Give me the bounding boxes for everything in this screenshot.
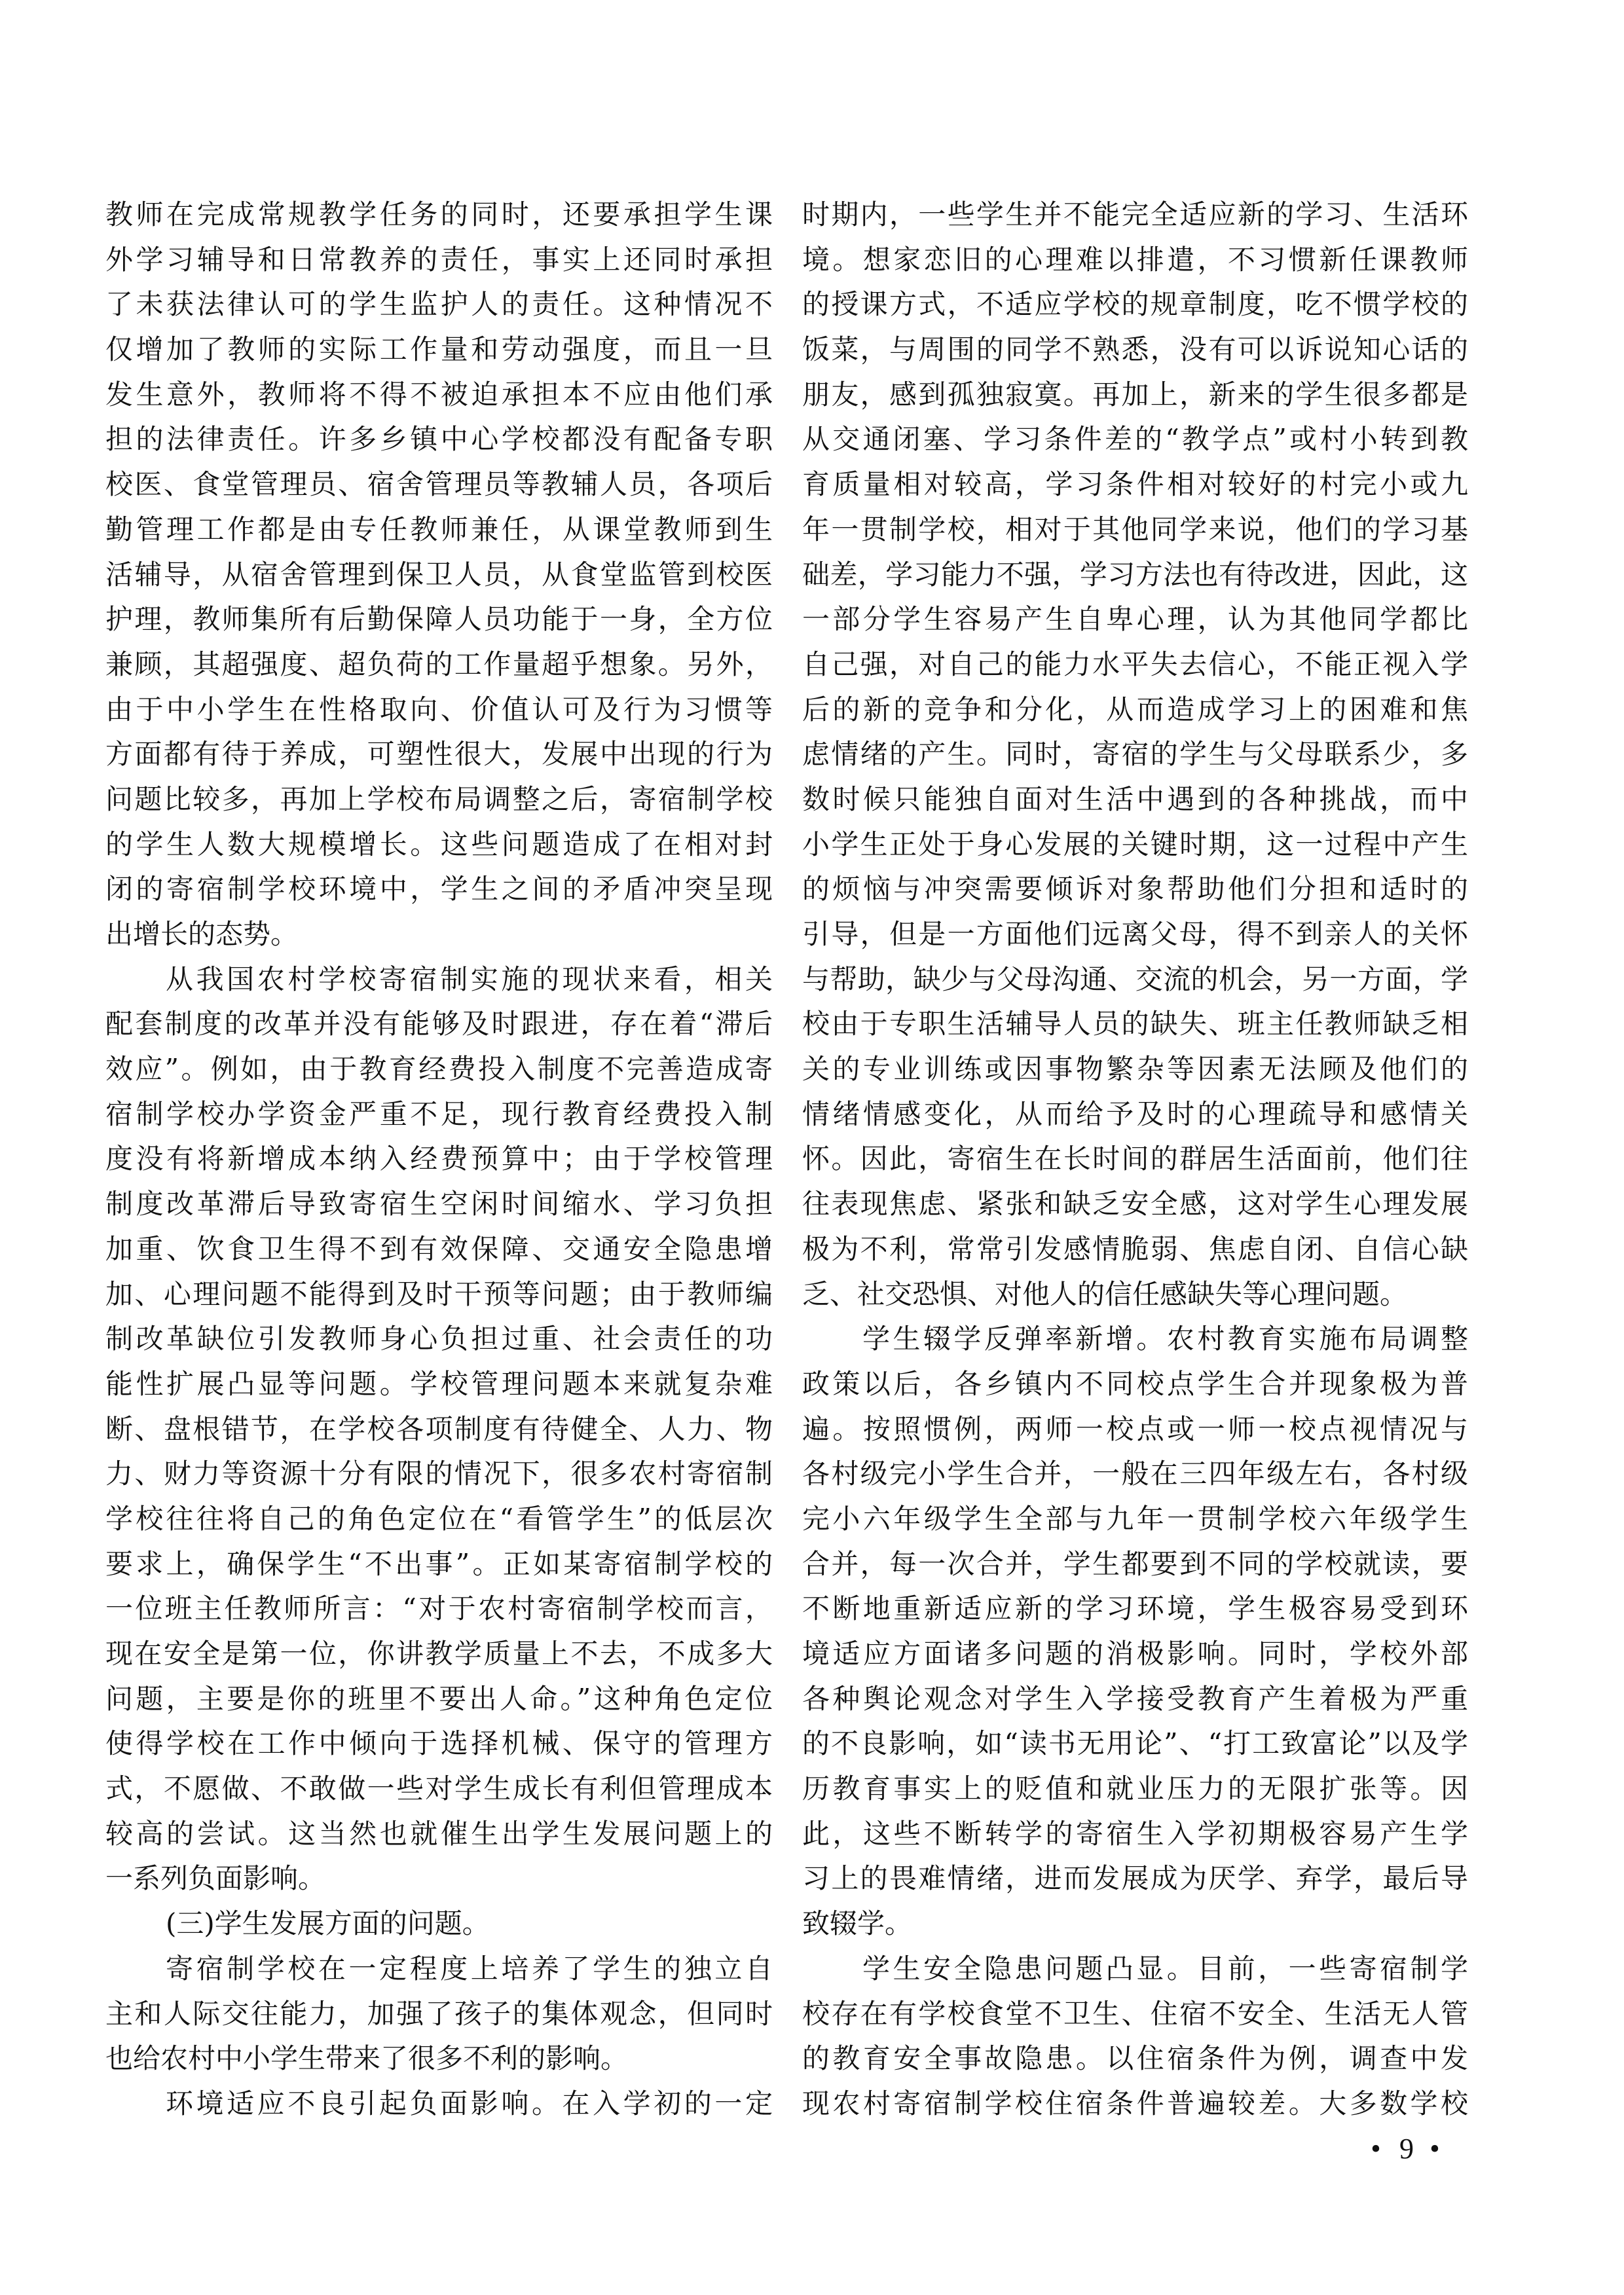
text-line: 怀。因此，寄宿生在长时间的群居生活面前，他们往 [802,1137,1468,1182]
page-number-value: 9 [1397,2133,1416,2165]
text-line: 政策以后，各乡镇内不同校点学生合并现象极为普 [802,1362,1468,1407]
text-line: 宿制学校办学资金严重不足，现行教育经费投入制 [105,1092,773,1137]
text-line: 现在安全是第一位，你讲教学质量上不去，不成多大 [105,1632,773,1677]
text-line: 护理，教师集所有后勤保障人员功能于一身，全方位 [105,597,773,642]
text-line: 问题，主要是你的班里不要出人命。”这种角色定位 [105,1677,773,1722]
text-line: 从我国农村学校寄宿制实施的现状来看，相关 [105,957,773,1002]
text-line: 的授课方式，不适应学校的规章制度，吃不惯学校的 [802,282,1468,327]
text-line: 效应”。例如，由于教育经费投入制度不完善造成寄 [105,1047,773,1092]
text-line: 主和人际交往能力，加强了孩子的集体观念，但同时 [105,1992,773,2037]
text-line: 的不良影响，如“读书无用论”、“打工致富论”以及学 [802,1721,1468,1767]
text-line: 的学生人数大规模增长。这些问题造成了在相对封 [105,822,773,868]
text-line: 此，这些不断转学的寄宿生入学初期极容易产生学 [802,1812,1468,1857]
section-heading-text: (三)学生发展方面的问题。 [105,1901,773,1947]
text-line: 教师在完成常规教学任务的同时，还要承担学生课 [105,193,773,238]
text-line: 情绪情感变化，从而给予及时的心理疏导和感情关 [802,1092,1468,1137]
text-line: 虑情绪的产生。同时，寄宿的学生与父母联系少，多 [802,732,1468,777]
paragraph: 学生辍学反弹率新增。农村教育实施布局调整 政策以后，各乡镇内不同校点学生合并现象… [802,1317,1468,1947]
text-line: 致辍学。 [802,1901,1468,1947]
text-line: 往表现焦虑、紧张和缺乏安全感，这对学生心理发展 [802,1182,1468,1227]
text-line: 一部分学生容易产生自卑心理，认为其他同学都比 [802,597,1468,642]
text-line: 现农村寄宿制学校住宿条件普遍较差。大多数学校 [802,2082,1468,2127]
paragraph: 环境适应不良引起负面影响。在入学初的一定 [105,2082,773,2127]
text-line: 自己强，对自己的能力水平失去信心，不能正视入学 [802,642,1468,688]
journal-page: 教师在完成常规教学任务的同时，还要承担学生课 外学习辅导和日常教养的责任，事实上… [0,0,1624,2295]
text-line: 引导，但是一方面他们远离父母，得不到亲人的关怀 [802,912,1468,957]
text-line: 后的新的竞争和分化，从而造成学习上的困难和焦 [802,688,1468,733]
text-line: 一系列负面影响。 [105,1856,773,1901]
text-line: 的教育安全事故隐患。以住宿条件为例，调查中发 [802,2036,1468,2082]
text-line: 从交通闭塞、学习条件差的“教学点”或村小转到教 [802,417,1468,462]
text-line: 兼顾，其超强度、超负荷的工作量超乎想象。另外， [105,642,773,688]
paragraph: 学生安全隐患问题凸显。目前，一些寄宿制学 校存在有学校食堂不卫生、住宿不安全、生… [802,1947,1468,2127]
text-line: 出增长的态势。 [105,912,773,957]
text-line: 使得学校在工作中倾向于选择机械、保守的管理方 [105,1721,773,1767]
text-line: 朋友，感到孤独寂寞。再加上，新来的学生很多都是 [802,373,1468,418]
text-line: 校由于专职生活辅导人员的缺失、班主任教师缺乏相 [802,1002,1468,1047]
text-line: 力、财力等资源十分有限的情况下，很多农村寄宿制 [105,1452,773,1497]
text-line: 外学习辅导和日常教养的责任，事实上还同时承担 [105,238,773,283]
text-line: 极为不利，常常引发感情脆弱、焦虑自闭、自信心缺 [802,1227,1468,1272]
text-line: 习上的畏难情绪，进而发展成为厌学、弃学，最后导 [802,1856,1468,1901]
text-line: 各村级完小学生合并，一般在三四年级左右，各村级 [802,1452,1468,1497]
text-line: 与帮助，缺少与父母沟通、交流的机会，另一方面，学 [802,957,1468,1002]
text-line: 加重、饮食卫生得不到有效保障、交通安全隐患增 [105,1227,773,1272]
text-line: 校存在有学校食堂不卫生、住宿不安全、生活无人管 [802,1992,1468,2037]
text-line: 小学生正处于身心发展的关键时期，这一过程中产生 [802,822,1468,868]
paragraph: 从我国农村学校寄宿制实施的现状来看，相关 配套制度的改革并没有能够及时跟进，存在… [105,957,773,1901]
text-line: 也给农村中小学生带来了很多不利的影响。 [105,2036,773,2082]
text-line: 断、盘根错节，在学校各项制度有待健全、人力、物 [105,1407,773,1452]
text-line: 遍。按照惯例，两师一校点或一师一校点视情况与 [802,1407,1468,1452]
paragraph-continued: 教师在完成常规教学任务的同时，还要承担学生课 外学习辅导和日常教养的责任，事实上… [105,193,773,957]
text-line: 学校往往将自己的角色定位在“看管学生”的低层次 [105,1497,773,1542]
text-line: 各种舆论观念对学生入学接受教育产生着极为严重 [802,1677,1468,1722]
text-line: 数时候只能独自面对生活中遇到的各种挑战，而中 [802,777,1468,822]
text-line: 的烦恼与冲突需要倾诉对象帮助他们分担和适时的 [802,867,1468,912]
text-line: 关的专业训练或因事物繁杂等因素无法顾及他们的 [802,1047,1468,1092]
text-line: 境。想家恋旧的心理难以排遣，不习惯新任课教师 [802,238,1468,283]
text-line: 历教育事实上的贬值和就业压力的无限扩张等。因 [802,1767,1468,1812]
bullet-ornament-icon: • [1425,2133,1445,2165]
text-line: 一位班主任教师所言：“对于农村寄宿制学校而言， [105,1587,773,1632]
text-line: 式，不愿做、不敢做一些对学生成长有利但管理成本 [105,1767,773,1812]
text-line: 学生辍学反弹率新增。农村教育实施布局调整 [802,1317,1468,1362]
text-line: 了未获法律认可的学生监护人的责任。这种情况不 [105,282,773,327]
text-line: 制度改革滞后导致寄宿生空闲时间缩水、学习负担 [105,1182,773,1227]
right-column: 时期内，一些学生并不能完全适应新的学习、生活环 境。想家恋旧的心理难以排遣，不习… [802,193,1468,2127]
left-column: 教师在完成常规教学任务的同时，还要承担学生课 外学习辅导和日常教养的责任，事实上… [105,193,773,2127]
text-line: 活辅导，从宿舍管理到保卫人员，从食堂监管到校医 [105,553,773,598]
paragraph-continued: 时期内，一些学生并不能完全适应新的学习、生活环 境。想家恋旧的心理难以排遣，不习… [802,193,1468,1317]
text-line: 能性扩展凸显等问题。学校管理问题本来就复杂难 [105,1362,773,1407]
text-line: 仅增加了教师的实际工作量和劳动强度，而且一旦 [105,327,773,373]
section-heading: (三)学生发展方面的问题。 [105,1901,773,1947]
text-line: 不断地重新适应新的学习环境，学生极容易受到环 [802,1587,1468,1632]
text-line: 加、心理问题不能得到及时干预等问题；由于教师编 [105,1272,773,1317]
text-line: 担的法律责任。许多乡镇中心学校都没有配备专职 [105,417,773,462]
text-line: 饭菜，与周围的同学不熟悉，没有可以诉说知心话的 [802,327,1468,373]
text-line: 要求上，确保学生“不出事”。正如某寄宿制学校的 [105,1542,773,1587]
text-line: 较高的尝试。这当然也就催生出学生发展问题上的 [105,1812,773,1857]
text-line: 勤管理工作都是由专任教师兼任，从课堂教师到生 [105,507,773,553]
text-line: 发生意外，教师将不得不被迫承担本不应由他们承 [105,373,773,418]
text-line: 配套制度的改革并没有能够及时跟进，存在着“滞后 [105,1002,773,1047]
text-line: 度没有将新增成本纳入经费预算中；由于学校管理 [105,1137,773,1182]
text-line: 校医、食堂管理员、宿舍管理员等教辅人员，各项后 [105,462,773,507]
text-line: 环境适应不良引起负面影响。在入学初的一定 [105,2082,773,2127]
paragraph: 寄宿制学校在一定程度上培养了学生的独立自 主和人际交往能力，加强了孩子的集体观念… [105,1947,773,2082]
text-line: 育质量相对较高，学习条件相对较好的村完小或九 [802,462,1468,507]
text-line: 完小六年级学生全部与九年一贯制学校六年级学生 [802,1497,1468,1542]
text-line: 学生安全隐患问题凸显。目前，一些寄宿制学 [802,1947,1468,1992]
text-line: 年一贯制学校，相对于其他同学来说，他们的学习基 [802,507,1468,553]
text-line: 制改革缺位引发教师身心负担过重、社会责任的功 [105,1317,773,1362]
text-line: 时期内，一些学生并不能完全适应新的学习、生活环 [802,193,1468,238]
bullet-ornament-icon: • [1366,2133,1386,2165]
text-line: 寄宿制学校在一定程度上培养了学生的独立自 [105,1947,773,1992]
text-line: 合并，每一次合并，学生都要到不同的学校就读，要 [802,1542,1468,1587]
text-line: 闭的寄宿制学校环境中，学生之间的矛盾冲突呈现 [105,867,773,912]
text-line: 境适应方面诸多问题的消极影响。同时，学校外部 [802,1632,1468,1677]
text-line: 问题比较多，再加上学校布局调整之后，寄宿制学校 [105,777,773,822]
text-line: 乏、社交恐惧、对他人的信任感缺失等心理问题。 [802,1272,1468,1317]
text-line: 由于中小学生在性格取向、价值认可及行为习惯等 [105,688,773,733]
text-line: 方面都有待于养成，可塑性很大，发展中出现的行为 [105,732,773,777]
text-line: 础差，学习能力不强，学习方法也有待改进，因此，这 [802,553,1468,598]
page-number: • 9 • [1366,2133,1445,2165]
